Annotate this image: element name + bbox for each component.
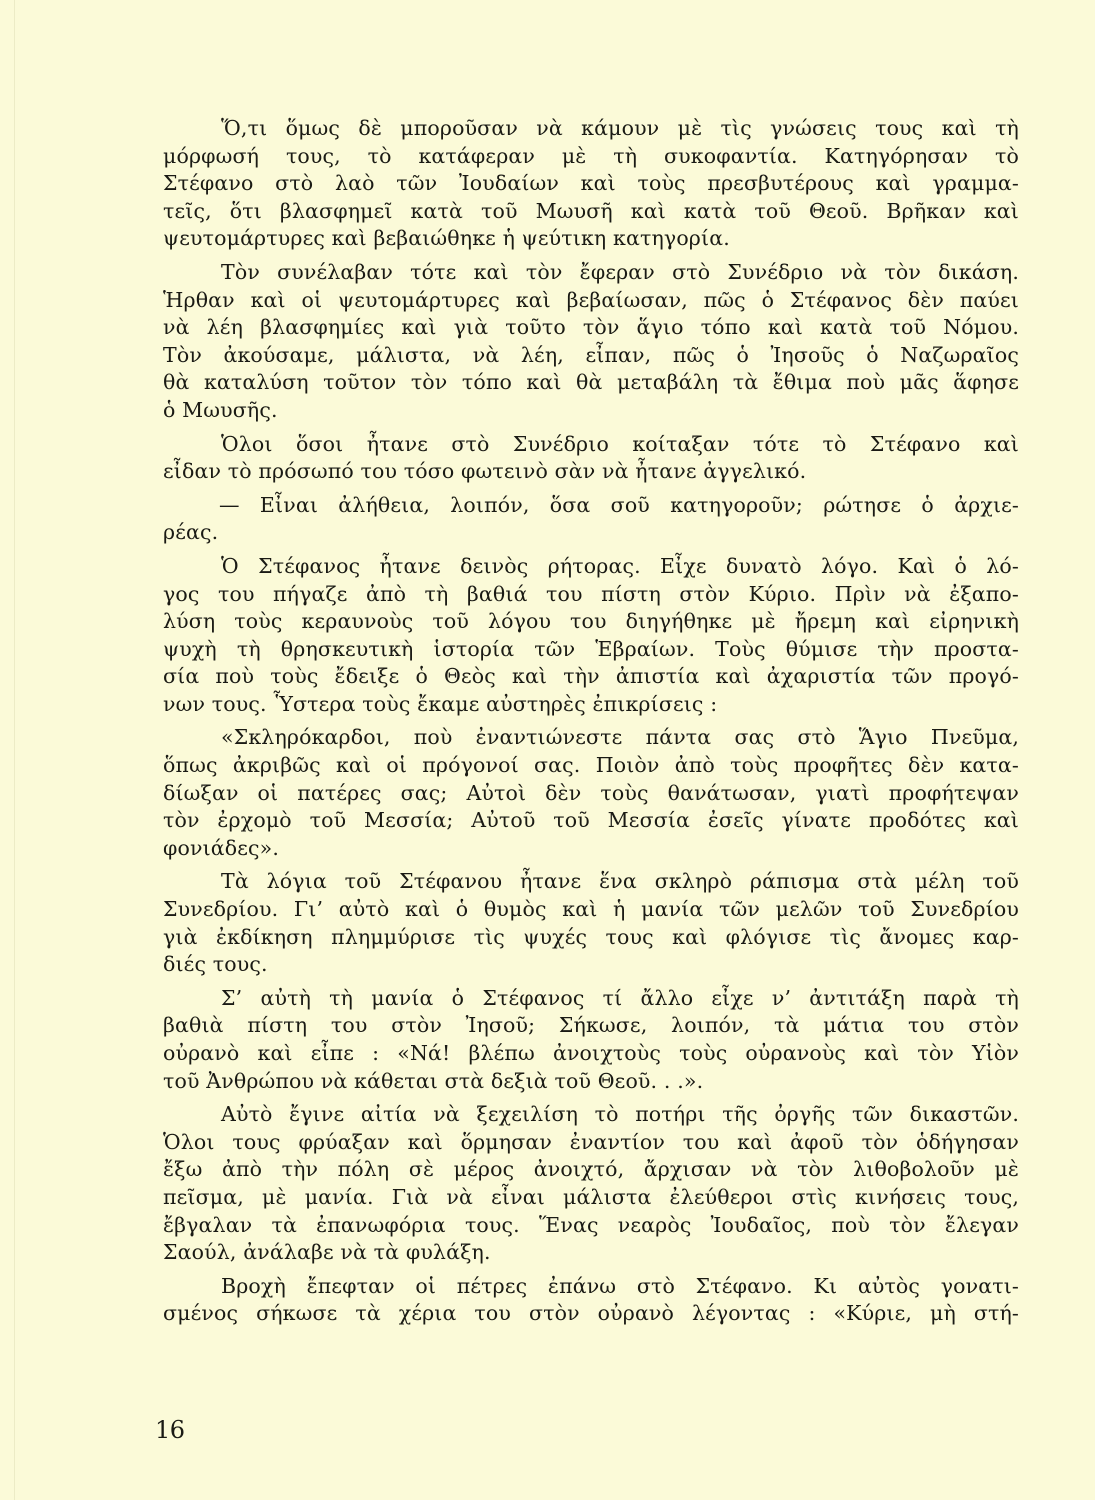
paragraph: Ὁ Στέφανος ἦτανε δεινὸς ρήτορας. Εἶχε δυ… xyxy=(163,553,1019,719)
quote-paragraph: «Σκληρόκαρδοι, ποὺ ἐναντιώνεστε πάντα σα… xyxy=(163,724,1019,862)
text-line: Σ’ αὐτὴ τὴ μανία ὁ Στέφανος τί ἄλλο εἶχε… xyxy=(163,985,1019,1013)
text-line: τοῦ Ἀνθρώπου νὰ κάθεται στὰ δεξιὰ τοῦ Θε… xyxy=(163,1068,1019,1096)
text-line: Σαούλ, ἀνάλαβε νὰ τὰ φυλάξη. xyxy=(163,1239,1019,1267)
text-line: νὰ λέη βλασφημίες καὶ γιὰ τοῦτο τὸν ἅγιο… xyxy=(163,314,1019,342)
paragraph: Βροχὴ ἔπεφταν οἱ πέτρες ἐπάνω στὸ Στέφαν… xyxy=(163,1273,1019,1328)
text-line: νων τους. Ὗστερα τοὺς ἔκαμε αὐστηρὲς ἐπι… xyxy=(163,691,1019,719)
text-line: Ὁλοι ὅσοι ἦτανε στὸ Συνέδριο κοίταξαν τό… xyxy=(163,431,1019,459)
text-line: θὰ καταλύση τοῦτον τὸν τόπο καὶ θὰ μεταβ… xyxy=(163,369,1019,397)
text-line: μόρφωσή τους, τὸ κατάφεραν μὲ τὴ συκοφαν… xyxy=(163,143,1019,171)
text-line: Ὁ Στέφανος ἦτανε δεινὸς ρήτορας. Εἶχε δυ… xyxy=(163,553,1019,581)
text-line: ψυχὴ τὴ θρησκευτικὴ ἱστορία τῶν Ἑβραίων.… xyxy=(163,636,1019,664)
dialogue-paragraph: — Εἶναι ἀλήθεια, λοιπόν, ὅσα σοῦ κατηγορ… xyxy=(163,492,1019,547)
text-line: Στέφανο στὸ λαὸ τῶν Ἰουδαίων καὶ τοὺς πρ… xyxy=(163,170,1019,198)
paragraph: Αὐτὸ ἔγινε αἰτία νὰ ξεχειλίση τὸ ποτήρι … xyxy=(163,1101,1019,1267)
text-line: εἶδαν τὸ πρόσωπό του τόσο φωτεινὸ σὰν νὰ… xyxy=(163,458,1019,486)
text-line: Ὁλοι τους φρύαξαν καὶ ὅρμησαν ἐναντίον τ… xyxy=(163,1129,1019,1157)
text-line: λύση τοὺς κεραυνοὺς τοῦ λόγου του διηγήθ… xyxy=(163,608,1019,636)
text-line: Τὰ λόγια τοῦ Στέφανου ἦτανε ἕνα σκληρὸ ρ… xyxy=(163,868,1019,896)
text-line: Βροχὴ ἔπεφταν οἱ πέτρες ἐπάνω στὸ Στέφαν… xyxy=(163,1273,1019,1301)
text-line: οὐρανὸ καὶ εἶπε : «Νά! βλέπω ἀνοιχτοὺς τ… xyxy=(163,1040,1019,1068)
text-line: Ἡρθαν καὶ οἱ ψευτομάρτυρες καὶ βεβαίωσαν… xyxy=(163,287,1019,315)
paragraph: Ὁλοι ὅσοι ἦτανε στὸ Συνέδριο κοίταξαν τό… xyxy=(163,431,1019,486)
text-line: Ὅ,τι ὅμως δὲ μποροῦσαν νὰ κάμουν μὲ τὶς … xyxy=(163,115,1019,143)
text-line: γος του πήγαζε ἀπὸ τὴ βαθιά του πίστη στ… xyxy=(163,581,1019,609)
text-line: διές τους. xyxy=(163,951,1019,979)
text-line: τεῖς, ὅτι βλασφημεῖ κατὰ τοῦ Μωυσῆ καὶ κ… xyxy=(163,198,1019,226)
text-line: Συνεδρίου. Γι’ αὐτὸ καὶ ὁ θυμὸς καὶ ἡ μα… xyxy=(163,896,1019,924)
text-line: «Σκληρόκαρδοι, ποὺ ἐναντιώνεστε πάντα σα… xyxy=(163,724,1019,752)
text-line: ρέας. xyxy=(163,519,1019,547)
paragraph: Σ’ αὐτὴ τὴ μανία ὁ Στέφανος τί ἄλλο εἶχε… xyxy=(163,985,1019,1095)
text-line: σία ποὺ τοὺς ἔδειξε ὁ Θεὸς καὶ τὴν ἀπιστ… xyxy=(163,663,1019,691)
paragraph: Ὅ,τι ὅμως δὲ μποροῦσαν νὰ κάμουν μὲ τὶς … xyxy=(163,115,1019,253)
text-line: — Εἶναι ἀλήθεια, λοιπόν, ὅσα σοῦ κατηγορ… xyxy=(163,492,1019,520)
paragraph: Τὸν συνέλαβαν τότε καὶ τὸν ἔφεραν στὸ Συ… xyxy=(163,259,1019,425)
text-line: γιὰ ἐκδίκηση πλημμύρισε τὶς ψυχές τους κ… xyxy=(163,924,1019,952)
paragraph: Τὰ λόγια τοῦ Στέφανου ἦτανε ἕνα σκληρὸ ρ… xyxy=(163,868,1019,978)
text-line: ψευτομάρτυρες καὶ βεβαιώθηκε ἡ ψεύτικη κ… xyxy=(163,225,1019,253)
text-line: βαθιὰ πίστη του στὸν Ἰησοῦ; Σήκωσε, λοιπ… xyxy=(163,1012,1019,1040)
text-line: ἔβγαλαν τὰ ἐπανωφόρια τους. Ἕνας νεαρὸς … xyxy=(163,1212,1019,1240)
text-line: ἔξω ἀπὸ τὴν πόλη σὲ μέρος ἀνοιχτό, ἄρχισ… xyxy=(163,1156,1019,1184)
text-line: φονιάδες». xyxy=(163,835,1019,863)
page-edge xyxy=(14,0,15,1500)
text-line: Αὐτὸ ἔγινε αἰτία νὰ ξεχειλίση τὸ ποτήρι … xyxy=(163,1101,1019,1129)
text-line: δίωξαν οἱ πατέρες σας; Αὐτοὶ δὲν τοὺς θα… xyxy=(163,780,1019,808)
text-line: σμένος σήκωσε τὰ χέρια του στὸν οὐρανὸ λ… xyxy=(163,1300,1019,1328)
text-line: ὅπως ἀκριβῶς καὶ οἱ πρόγονοί σας. Ποιὸν … xyxy=(163,752,1019,780)
text-line: ὁ Μωυσῆς. xyxy=(163,397,1019,425)
text-line: πεῖσμα, μὲ μανία. Γιὰ νὰ εἶναι μάλιστα ἐ… xyxy=(163,1184,1019,1212)
page-number: 16 xyxy=(155,1416,185,1444)
text-line: Τὸν ἀκούσαμε, μάλιστα, νὰ λέη, εἶπαν, πῶ… xyxy=(163,342,1019,370)
text-line: τὸν ἐρχομὸ τοῦ Μεσσία; Αὐτοῦ τοῦ Μεσσία … xyxy=(163,807,1019,835)
text-line: Τὸν συνέλαβαν τότε καὶ τὸν ἔφεραν στὸ Συ… xyxy=(163,259,1019,287)
body-text: Ὅ,τι ὅμως δὲ μποροῦσαν νὰ κάμουν μὲ τὶς … xyxy=(163,115,1019,1334)
